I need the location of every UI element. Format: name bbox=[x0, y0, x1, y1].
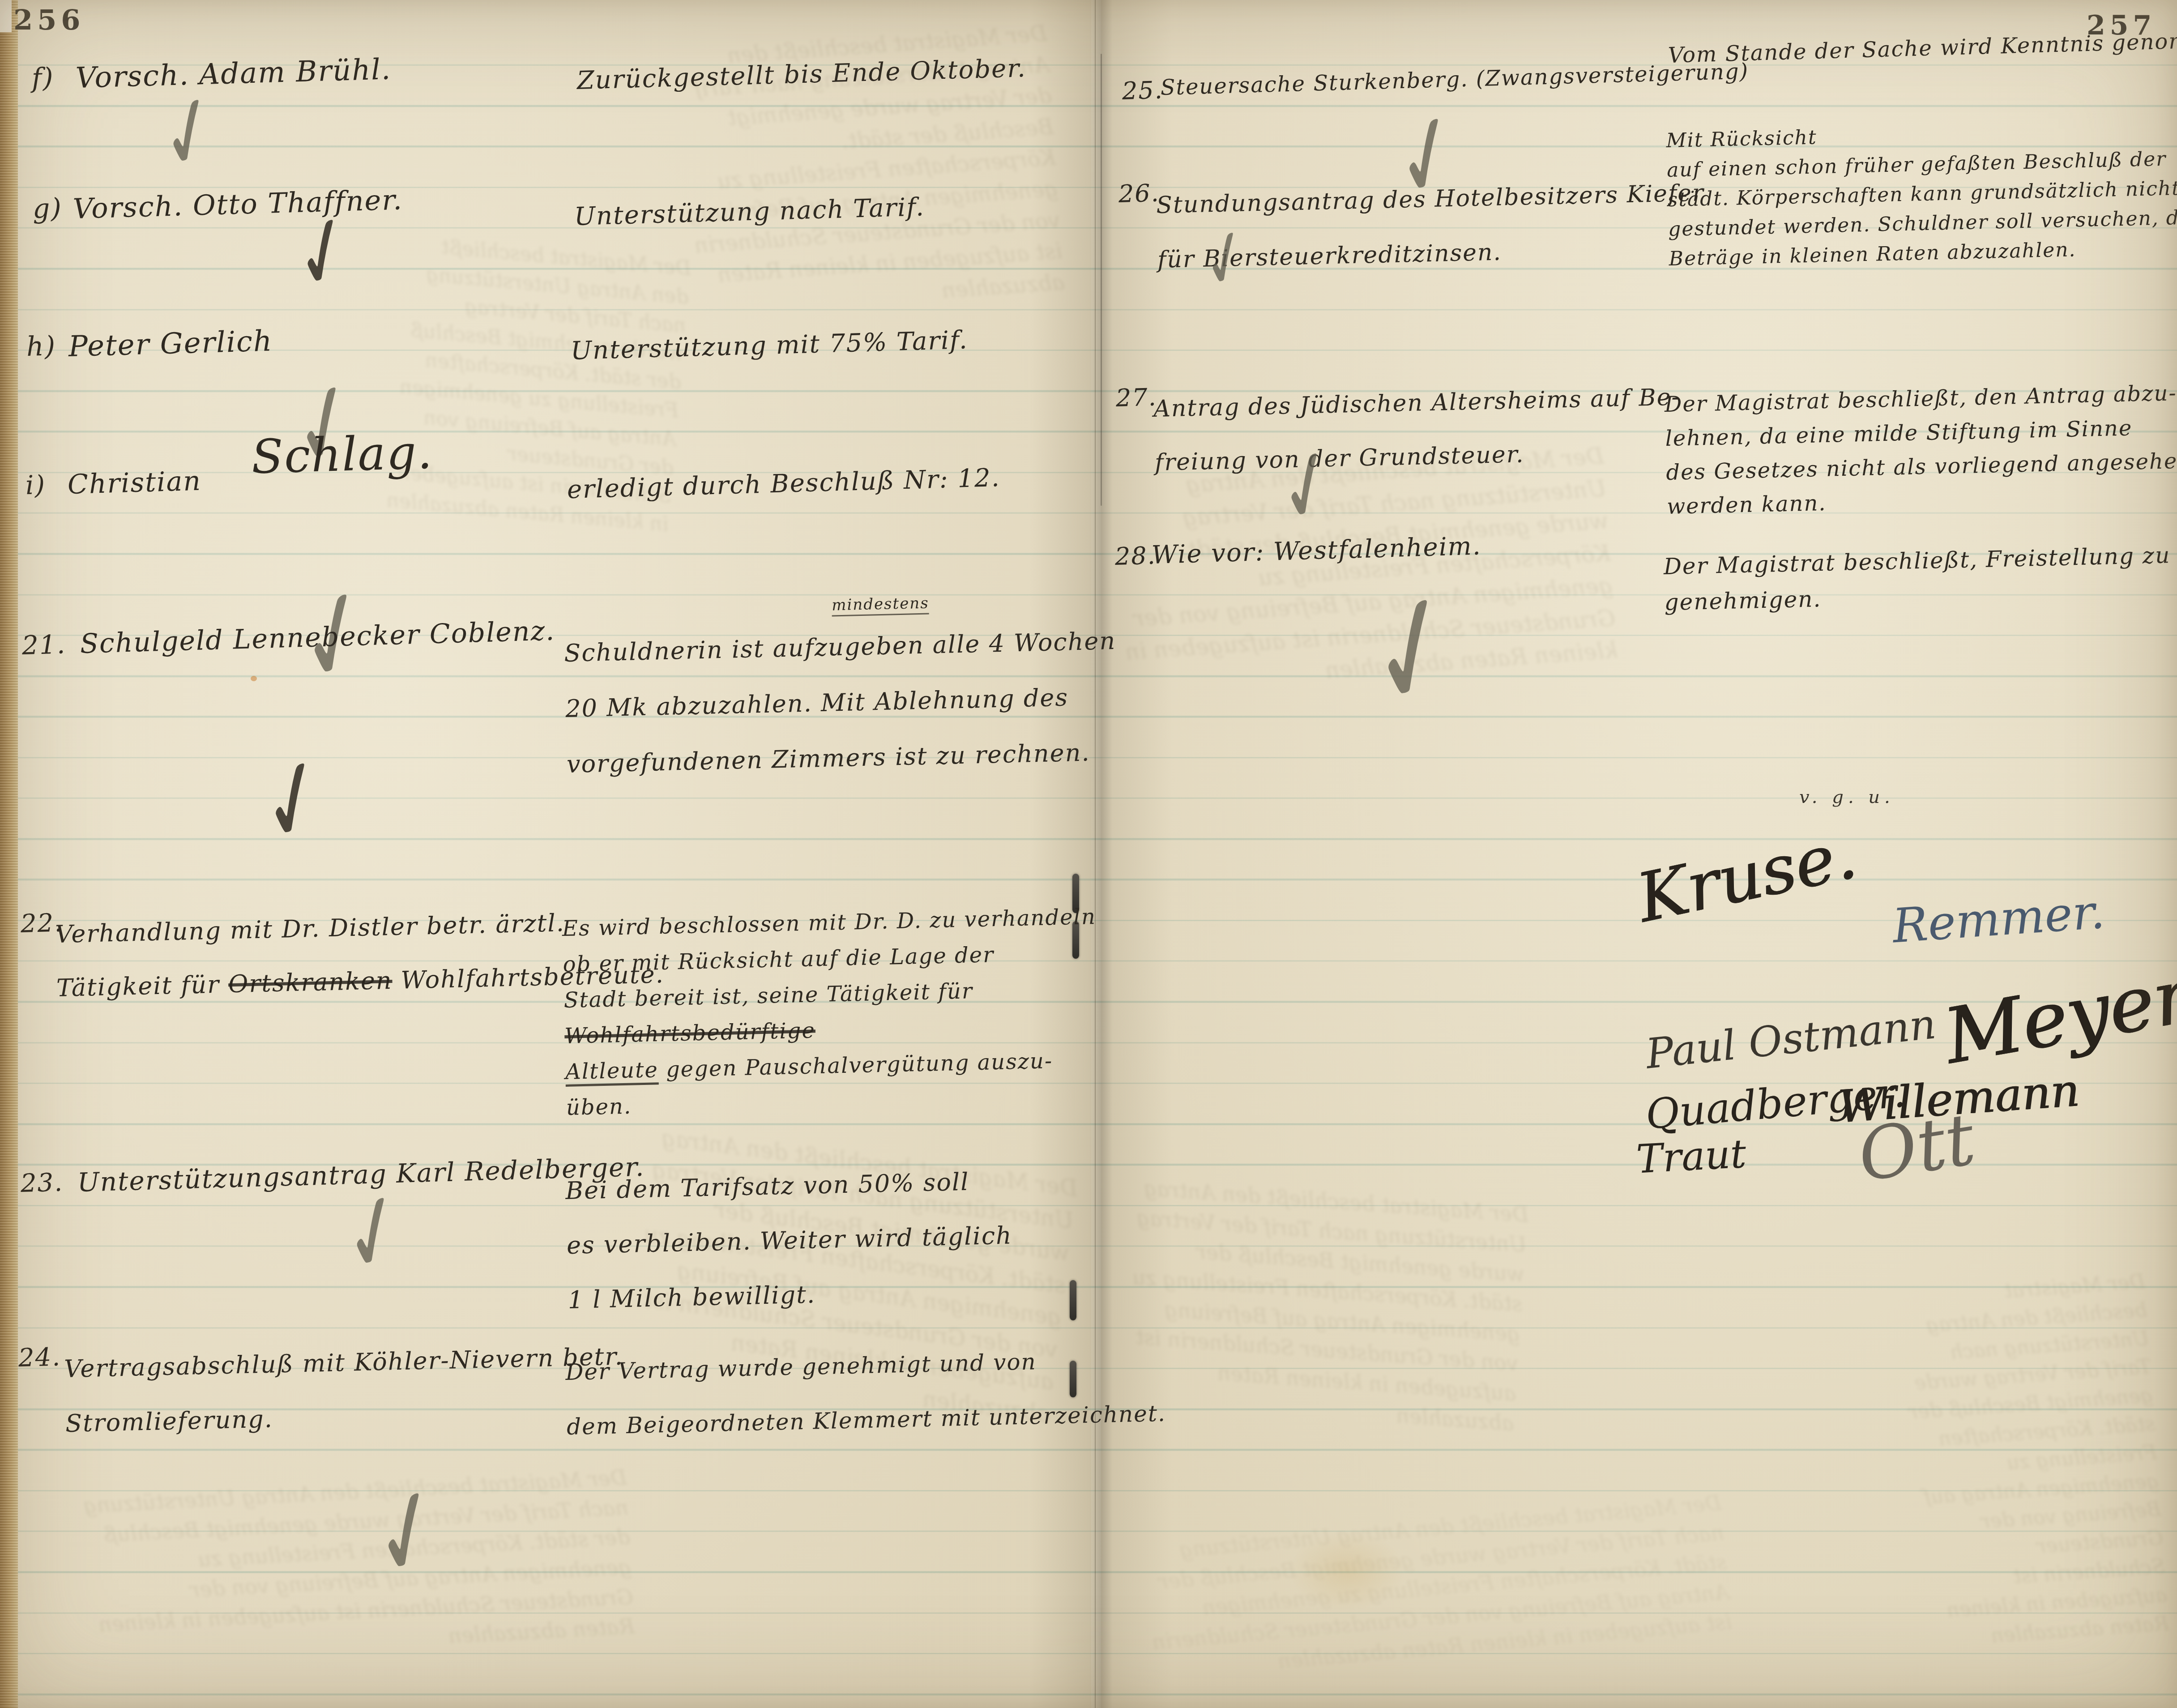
entry-label: g) bbox=[32, 192, 63, 225]
closing-abbreviation: v. g. u. bbox=[1799, 787, 1895, 807]
struck-word: Ortskranken bbox=[228, 966, 393, 998]
page-number-left: 256 bbox=[13, 4, 85, 36]
entry-label: 28. bbox=[1114, 541, 1157, 571]
entry-item: Christian bbox=[67, 465, 202, 500]
entry-decision: Mit Rücksicht auf einen schon früher gef… bbox=[1666, 114, 2177, 274]
stain bbox=[1289, 1531, 1405, 1611]
entry-label: f) bbox=[31, 62, 55, 94]
decision-line: 1 l Milch bewilligt. bbox=[568, 1263, 1014, 1328]
entry-item: Peter Gerlich bbox=[68, 325, 273, 363]
entry-label: 21. bbox=[21, 629, 66, 661]
entry-label: 26. bbox=[1118, 179, 1160, 208]
paper-notch bbox=[0, 0, 12, 32]
ledger-spread: Der Magistrat beschließt den Antrag Unte… bbox=[0, 0, 2177, 1708]
showthrough: Der Magistrat beschließt den Antrag Unte… bbox=[1120, 1173, 1529, 1439]
entry-item-name: Schlag. bbox=[251, 425, 434, 484]
entry-decision: Es wird beschlossen mit Dr. D. zu verhan… bbox=[562, 899, 1101, 1126]
entry-label: i) bbox=[25, 470, 46, 500]
showthrough: Der Magistrat beschließt den Antrag Unte… bbox=[67, 1463, 635, 1671]
decision-line: Bei dem Tarifsatz von 50% soll bbox=[565, 1153, 1012, 1218]
gutter-crease bbox=[1095, 0, 1096, 1708]
entry-item: Antrag des Jüdischen Altersheims auf Be-… bbox=[1153, 370, 1682, 490]
entry-decision: Der Magistrat beschließt, den Antrag abz… bbox=[1664, 376, 2177, 524]
signature: Traut bbox=[1635, 1131, 1747, 1183]
entry-decision: Der Magistrat beschließt, Freistellung z… bbox=[1663, 537, 2172, 620]
inserted-word: mindestens bbox=[832, 594, 929, 616]
entry-decision: Der Vertrag wurde genehmigt und von dem … bbox=[565, 1332, 1166, 1454]
entry-decision: mindestens Schuldnerin ist aufzugeben al… bbox=[563, 593, 1119, 792]
entry-item: Vertragsabschluß mit Köhler-Nievern betr… bbox=[64, 1329, 625, 1451]
entry-label: 25. bbox=[1122, 76, 1164, 105]
entry-label: 27. bbox=[1115, 383, 1157, 412]
underlined-word: Altleute bbox=[565, 1057, 659, 1087]
entry-label: 23. bbox=[20, 1168, 64, 1198]
stain bbox=[251, 676, 257, 681]
struck-word: Wohlfahrtsbedürftige bbox=[564, 1018, 816, 1049]
book-fore-edge bbox=[0, 0, 18, 1708]
decision-line: es verbleiben. Weiter wird täglich bbox=[566, 1208, 1013, 1273]
page-edge-line bbox=[1101, 54, 1102, 506]
entry-label: h) bbox=[26, 330, 56, 363]
entry-decision: Bei dem Tarifsatz von 50% soll es verble… bbox=[565, 1153, 1014, 1327]
staple bbox=[1070, 1280, 1076, 1320]
showthrough: Der Magistrat beschließt den Antrag Unte… bbox=[1894, 1267, 2170, 1655]
entry-label: 24. bbox=[18, 1342, 61, 1373]
